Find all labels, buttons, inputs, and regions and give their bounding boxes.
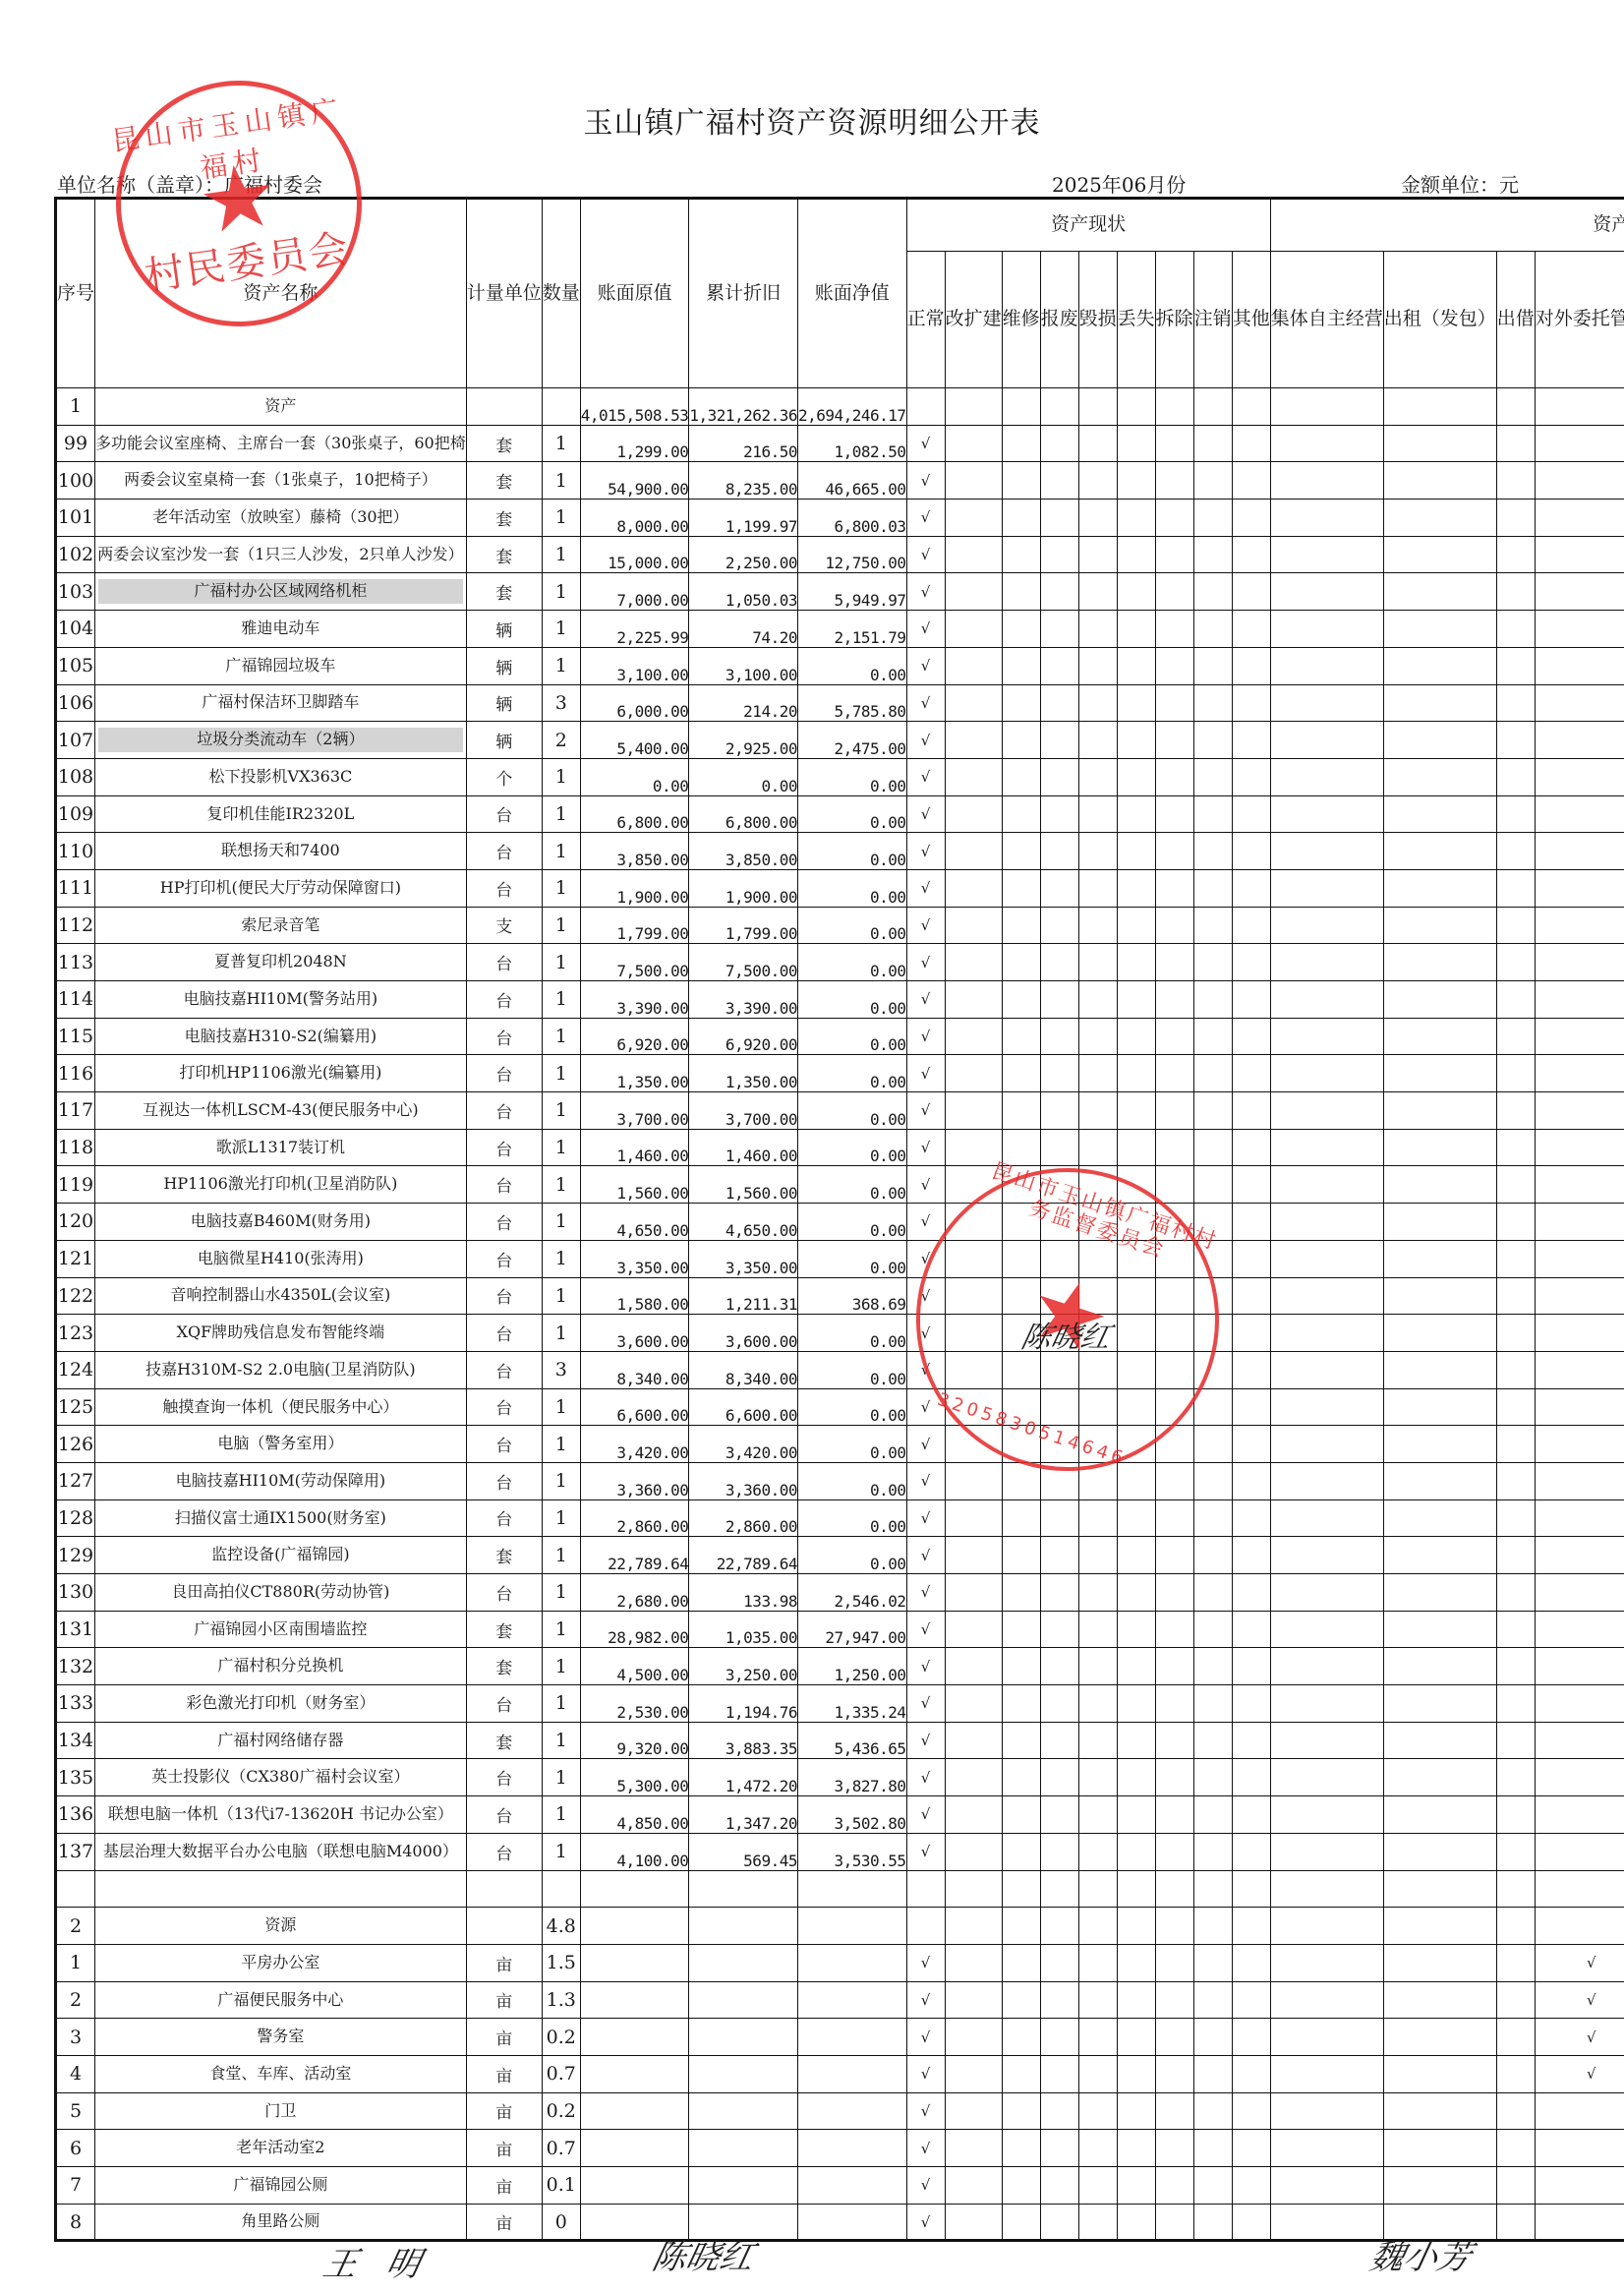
- check-status: √: [906, 907, 945, 944]
- cell-unit: 台: [466, 1240, 542, 1277]
- cell-unit: 亩: [466, 2019, 542, 2056]
- check-status: √: [906, 1388, 945, 1426]
- table-row: 122音响控制器山水4350L(会议室)台11,580.001,211.3136…: [56, 1277, 1624, 1315]
- cell-original: 8,000.00: [580, 500, 689, 537]
- check-status: [1193, 1870, 1232, 1908]
- check-status: √: [906, 1574, 945, 1612]
- check-status: [1193, 2055, 1232, 2092]
- check-usage: [1383, 1055, 1496, 1092]
- check-status: [1232, 1796, 1270, 1834]
- check-usage: [1383, 1722, 1496, 1759]
- check-usage: [1383, 1908, 1496, 1945]
- check-status: [1155, 1908, 1193, 1945]
- cell-net: 0.00: [797, 1055, 906, 1092]
- check-usage: [1270, 388, 1383, 426]
- cell-depreciation: 22,789.64: [689, 1537, 798, 1574]
- check-usage: [1535, 1277, 1624, 1315]
- check-status: [1155, 1055, 1193, 1092]
- cell-unit: [466, 1908, 542, 1945]
- check-usage: [1496, 1648, 1535, 1685]
- check-usage: [1535, 758, 1624, 795]
- check-status: [1193, 1351, 1232, 1388]
- check-status: [1040, 944, 1078, 981]
- check-usage: [1535, 1351, 1624, 1388]
- check-status: [1040, 1574, 1078, 1612]
- check-status: [1193, 795, 1232, 833]
- check-status: [1232, 1388, 1270, 1426]
- header-status-0: 正常: [906, 252, 945, 388]
- check-status: [1117, 1166, 1155, 1204]
- cell-name: 平房办公室: [95, 1944, 467, 1981]
- cell-seq: 105: [56, 647, 95, 684]
- check-status: √: [906, 1981, 945, 2019]
- cell-name: 夏普复印机2048N: [95, 944, 467, 981]
- cell-unit: 套: [466, 1611, 542, 1648]
- header-usage-2: 出借: [1496, 252, 1535, 388]
- cell-depreciation: 1,460.00: [689, 1129, 798, 1166]
- cell-seq: 110: [56, 833, 95, 870]
- check-status: [1155, 2055, 1193, 2092]
- cell-original: 5,400.00: [580, 722, 689, 759]
- cell-seq: 100: [56, 462, 95, 500]
- check-status: [1078, 1129, 1117, 1166]
- check-usage: [1383, 833, 1496, 870]
- check-usage: [1496, 388, 1535, 426]
- check-status: [945, 425, 1002, 462]
- check-status: [1040, 2130, 1078, 2167]
- check-status: [945, 1537, 1002, 1574]
- table-row: 108松下投影机VX363C个10.000.000.00√√: [56, 758, 1624, 795]
- cell-seq: 130: [56, 1574, 95, 1612]
- check-usage: [1383, 981, 1496, 1019]
- check-usage: [1535, 981, 1624, 1019]
- cell-depreciation: 74.20: [689, 611, 798, 648]
- check-status: [1193, 1722, 1232, 1759]
- cell-unit: 台: [466, 1129, 542, 1166]
- check-status: [945, 833, 1002, 870]
- check-status: [945, 1204, 1002, 1241]
- check-status: √: [906, 1092, 945, 1130]
- cell-name: 广福锦园小区南围墙监控: [95, 1611, 467, 1648]
- check-usage: [1383, 1685, 1496, 1723]
- cell-seq: 120: [56, 1204, 95, 1241]
- check-status: [1002, 1462, 1040, 1499]
- cell-unit: 亩: [466, 2055, 542, 2092]
- cell-qty: 1: [542, 500, 580, 537]
- cell-net: 5,949.97: [797, 573, 906, 611]
- check-status: [1078, 1574, 1117, 1612]
- check-status: [945, 907, 1002, 944]
- check-status: [1193, 425, 1232, 462]
- check-status: [1002, 1685, 1040, 1723]
- cell-unit: 台: [466, 1204, 542, 1241]
- check-status: [1078, 1648, 1117, 1685]
- table-row: 1平房办公室亩1.5√√: [56, 1944, 1624, 1981]
- check-usage: [1383, 1499, 1496, 1537]
- check-status: [1232, 907, 1270, 944]
- check-usage: [1383, 758, 1496, 795]
- cell-depreciation: 1,560.00: [689, 1166, 798, 1204]
- check-usage: [1270, 1833, 1383, 1870]
- check-status: [1040, 1833, 1078, 1870]
- check-status: [1193, 647, 1232, 684]
- check-status: [1002, 758, 1040, 795]
- check-usage: [1270, 2092, 1383, 2130]
- cell-name: 良田高拍仪CT880R(劳动协管): [95, 1574, 467, 1612]
- cell-depreciation: 2,860.00: [689, 1499, 798, 1537]
- cell-net: 0.00: [797, 1315, 906, 1352]
- check-status: [1155, 1981, 1193, 2019]
- check-status: [1117, 1833, 1155, 1870]
- check-status: [1117, 981, 1155, 1019]
- cell-depreciation: 7,500.00: [689, 944, 798, 981]
- check-status: [1232, 1981, 1270, 2019]
- check-status: [1002, 1908, 1040, 1945]
- check-usage: [1496, 1722, 1535, 1759]
- check-status: [1155, 1870, 1193, 1908]
- check-status: [1232, 1092, 1270, 1130]
- cell-depreciation: 3,360.00: [689, 1462, 798, 1499]
- check-status: [1193, 1759, 1232, 1796]
- cell-name: 互视达一体机LSCM-43(便民服务中心): [95, 1092, 467, 1130]
- check-status: [1193, 1240, 1232, 1277]
- check-status: [1232, 869, 1270, 907]
- cell-depreciation: 6,920.00: [689, 1018, 798, 1055]
- cell-qty: 1: [542, 1240, 580, 1277]
- check-status: [1117, 722, 1155, 759]
- check-status: [1040, 1685, 1078, 1723]
- cell-net: 3,827.80: [797, 1759, 906, 1796]
- check-status: [1078, 722, 1117, 759]
- cell-unit: 套: [466, 462, 542, 500]
- table-row: 113夏普复印机2048N台17,500.007,500.000.00√√: [56, 944, 1624, 981]
- cell-unit: 台: [466, 944, 542, 981]
- cell-original: 3,350.00: [580, 1240, 689, 1277]
- cell-unit: 台: [466, 1351, 542, 1388]
- cell-unit: 台: [466, 1277, 542, 1315]
- check-status: [1155, 2092, 1193, 2130]
- check-status: [1002, 907, 1040, 944]
- check-status: [1232, 388, 1270, 426]
- check-status: [1155, 536, 1193, 573]
- cell-seq: 122: [56, 1277, 95, 1315]
- check-usage: [1383, 611, 1496, 648]
- check-usage: [1383, 1759, 1496, 1796]
- check-status: [1155, 647, 1193, 684]
- check-usage: [1270, 795, 1383, 833]
- cell-net: 3,502.80: [797, 1796, 906, 1834]
- check-status: √: [906, 981, 945, 1019]
- check-status: [1117, 2130, 1155, 2167]
- check-usage: √: [1535, 1944, 1624, 1981]
- header-status-4: 毁损: [1078, 252, 1117, 388]
- check-usage: [1383, 1462, 1496, 1499]
- cell-net: 0.00: [797, 1537, 906, 1574]
- check-usage: [1270, 1499, 1383, 1537]
- check-usage: [1535, 647, 1624, 684]
- cell-name: 歌派L1317装订机: [95, 1129, 467, 1166]
- check-usage: [1270, 1388, 1383, 1426]
- cell-original: 3,100.00: [580, 647, 689, 684]
- check-usage: [1496, 425, 1535, 462]
- table-row: 125触摸查询一体机（便民服务中心）台16,600.006,600.000.00…: [56, 1388, 1624, 1426]
- check-status: [945, 795, 1002, 833]
- check-usage: [1270, 869, 1383, 907]
- cell-qty: 1: [542, 1388, 580, 1426]
- check-status: [1117, 536, 1155, 573]
- cell-qty: 0.2: [542, 2019, 580, 2056]
- cell-net: 2,475.00: [797, 722, 906, 759]
- check-usage: [1535, 1648, 1624, 1685]
- check-status: [1232, 425, 1270, 462]
- cell-unit: 台: [466, 1574, 542, 1612]
- cell-original: 7,000.00: [580, 573, 689, 611]
- check-status: √: [906, 684, 945, 722]
- check-status: [1002, 869, 1040, 907]
- cell-unit: 台: [466, 795, 542, 833]
- check-usage: [1496, 1204, 1535, 1241]
- check-status: √: [906, 1351, 945, 1388]
- check-status: [945, 573, 1002, 611]
- check-usage: [1496, 2019, 1535, 2056]
- check-status: [945, 758, 1002, 795]
- cell-name: HP打印机(便民大厅劳动保障窗口): [95, 869, 467, 907]
- check-status: [1155, 500, 1193, 537]
- cell-net: 0.00: [797, 1426, 906, 1463]
- cell-depreciation: [689, 2130, 798, 2167]
- check-usage: [1383, 1388, 1496, 1426]
- table-row: 115电脑技嘉H310-S2(编纂用)台16,920.006,920.000.0…: [56, 1018, 1624, 1055]
- cell-seq: 2: [56, 1981, 95, 2019]
- check-status: [1193, 2092, 1232, 2130]
- check-status: [1232, 1611, 1270, 1648]
- table-row: 128扫描仪富士通IX1500(财务室)台12,860.002,860.000.…: [56, 1499, 1624, 1537]
- check-status: [945, 981, 1002, 1019]
- check-status: [1078, 2204, 1117, 2241]
- cell-depreciation: 1,900.00: [689, 869, 798, 907]
- check-status: [1193, 1499, 1232, 1537]
- table-row: 106广福村保洁环卫脚踏车辆36,000.00214.205,785.80√√: [56, 684, 1624, 722]
- check-status: [1040, 1648, 1078, 1685]
- check-status: √: [906, 1796, 945, 1834]
- check-status: [1232, 611, 1270, 648]
- check-status: [1040, 684, 1078, 722]
- check-status: [1232, 1685, 1270, 1723]
- cell-qty: 1: [542, 1685, 580, 1723]
- check-status: [945, 1833, 1002, 1870]
- cell-net: 0.00: [797, 833, 906, 870]
- check-status: [1232, 1759, 1270, 1796]
- cell-qty: 1: [542, 907, 580, 944]
- check-status: [1193, 1426, 1232, 1463]
- check-usage: [1270, 1092, 1383, 1130]
- cell-unit: 台: [466, 981, 542, 1019]
- check-status: [1040, 1055, 1078, 1092]
- cell-qty: 1: [542, 1315, 580, 1352]
- cell-name: 老年活动室（放映室）藤椅（30把）: [95, 500, 467, 537]
- check-usage: [1383, 1796, 1496, 1834]
- check-status: [1078, 833, 1117, 870]
- cell-name: 资源: [95, 1908, 467, 1945]
- check-status: [1002, 944, 1040, 981]
- check-usage: [1496, 833, 1535, 870]
- check-status: [945, 1722, 1002, 1759]
- check-status: [1117, 462, 1155, 500]
- check-usage: [1383, 462, 1496, 500]
- check-usage: [1496, 684, 1535, 722]
- cell-name: 资产: [95, 388, 467, 426]
- check-usage: [1383, 1870, 1496, 1908]
- check-status: [1155, 388, 1193, 426]
- report-period: 2025年06月份: [1052, 169, 1186, 198]
- table-row: 99多功能会议室座椅、主席台一套（30张桌子，60把椅套11,299.00216…: [56, 425, 1624, 462]
- check-status: [1002, 2204, 1040, 2241]
- check-usage: [1270, 1426, 1383, 1463]
- check-status: √: [906, 1277, 945, 1315]
- check-status: [1117, 1537, 1155, 1574]
- check-status: [1078, 500, 1117, 537]
- check-usage: [1535, 1611, 1624, 1648]
- check-status: [1117, 1574, 1155, 1612]
- check-status: [1193, 1833, 1232, 1870]
- check-usage: [1270, 500, 1383, 537]
- table-row: 124技嘉H310M-S2 2.0电脑(卫星消防队)台38,340.008,34…: [56, 1351, 1624, 1388]
- check-status: [1040, 536, 1078, 573]
- cell-net: 12,750.00: [797, 536, 906, 573]
- check-status: [945, 1908, 1002, 1945]
- cell-name: 广福村网络储存器: [95, 1722, 467, 1759]
- cell-unit: 套: [466, 1537, 542, 1574]
- cell-seq: 131: [56, 1611, 95, 1648]
- check-usage: [1270, 1944, 1383, 1981]
- cell-qty: 1: [542, 1537, 580, 1574]
- check-status: [1155, 1833, 1193, 1870]
- cell-unit: 台: [466, 1388, 542, 1426]
- check-status: [1155, 1685, 1193, 1723]
- table-row: 133彩色激光打印机（财务室）台12,530.001,194.761,335.2…: [56, 1685, 1624, 1723]
- cell-net: [797, 2204, 906, 2241]
- cell-depreciation: 1,347.20: [689, 1796, 798, 1834]
- check-status: √: [906, 2167, 945, 2205]
- cell-depreciation: 1,050.03: [689, 573, 798, 611]
- check-status: [1002, 1351, 1040, 1388]
- cell-net: 0.00: [797, 981, 906, 1019]
- cell-net: 5,436.65: [797, 1722, 906, 1759]
- check-usage: [1535, 1870, 1624, 1908]
- cell-net: [797, 1944, 906, 1981]
- check-status: [1040, 462, 1078, 500]
- check-status: [1193, 2019, 1232, 2056]
- cell-qty: 1: [542, 462, 580, 500]
- check-usage: [1496, 1759, 1535, 1796]
- cell-original: 2,530.00: [580, 1685, 689, 1723]
- check-status: [1002, 425, 1040, 462]
- cell-net: 6,800.03: [797, 500, 906, 537]
- check-status: √: [906, 833, 945, 870]
- check-status: [1117, 1611, 1155, 1648]
- cell-qty: 0.7: [542, 2055, 580, 2092]
- check-usage: [1496, 1981, 1535, 2019]
- cell-depreciation: [689, 1870, 798, 1908]
- check-status: [1232, 833, 1270, 870]
- check-status: [1232, 1537, 1270, 1574]
- cell-original: 1,900.00: [580, 869, 689, 907]
- check-usage: [1270, 1611, 1383, 1648]
- table-row: 127电脑技嘉HI10M(劳动保障用)台13,360.003,360.000.0…: [56, 1462, 1624, 1499]
- check-status: [1155, 1277, 1193, 1315]
- check-status: [1040, 795, 1078, 833]
- cell-depreciation: 1,194.76: [689, 1685, 798, 1723]
- cell-depreciation: 2,250.00: [689, 536, 798, 573]
- check-usage: [1496, 1537, 1535, 1574]
- table-row: 112索尼录音笔支11,799.001,799.000.00√√: [56, 907, 1624, 944]
- check-status: [945, 869, 1002, 907]
- check-usage: [1535, 1204, 1624, 1241]
- cell-net: 0.00: [797, 944, 906, 981]
- cell-name: XQF牌助残信息发布智能终端: [95, 1315, 467, 1352]
- cell-original: 4,100.00: [580, 1833, 689, 1870]
- cell-name: 基层治理大数据平台办公电脑（联想电脑M4000）: [95, 1833, 467, 1870]
- cell-net: 46,665.00: [797, 462, 906, 500]
- check-usage: [1535, 1499, 1624, 1537]
- cell-net: 27,947.00: [797, 1611, 906, 1648]
- cell-depreciation: [689, 2019, 798, 2056]
- cell-name: 索尼录音笔: [95, 907, 467, 944]
- check-status: √: [906, 1722, 945, 1759]
- cell-original: 6,600.00: [580, 1388, 689, 1426]
- check-usage: [1496, 1055, 1535, 1092]
- check-usage: [1270, 536, 1383, 573]
- check-usage: [1496, 1611, 1535, 1648]
- cell-original: [580, 2130, 689, 2167]
- check-usage: [1496, 1018, 1535, 1055]
- check-status: [1040, 1537, 1078, 1574]
- check-status: [1155, 722, 1193, 759]
- cell-depreciation: [689, 1981, 798, 2019]
- cell-original: 1,580.00: [580, 1277, 689, 1315]
- check-status: [1193, 1129, 1232, 1166]
- cell-original: [580, 1944, 689, 1981]
- check-status: [1078, 1204, 1117, 1241]
- cell-seq: 127: [56, 1462, 95, 1499]
- cell-unit: 辆: [466, 684, 542, 722]
- check-status: [1117, 500, 1155, 537]
- check-status: [945, 1240, 1002, 1277]
- check-usage: [1383, 1426, 1496, 1463]
- check-usage: [1270, 684, 1383, 722]
- check-status: [1078, 1240, 1117, 1277]
- check-usage: [1383, 795, 1496, 833]
- check-usage: √: [1535, 2055, 1624, 2092]
- check-status: [1232, 1055, 1270, 1092]
- cell-depreciation: [689, 1944, 798, 1981]
- cell-name: 技嘉H310M-S2 2.0电脑(卫星消防队): [95, 1351, 467, 1388]
- check-usage: [1383, 1537, 1496, 1574]
- check-status: √: [906, 536, 945, 573]
- cell-original: 15,000.00: [580, 536, 689, 573]
- check-status: [1078, 611, 1117, 648]
- check-status: [1193, 536, 1232, 573]
- check-status: √: [906, 1462, 945, 1499]
- cell-net: 2,151.79: [797, 611, 906, 648]
- cell-original: 3,360.00: [580, 1462, 689, 1499]
- cell-seq: 133: [56, 1685, 95, 1723]
- cell-unit: 亩: [466, 2204, 542, 2241]
- cell-qty: 0.7: [542, 2130, 580, 2167]
- check-status: [1155, 1796, 1193, 1834]
- signature-1: 王明: [319, 2237, 455, 2285]
- cell-seq: 116: [56, 1055, 95, 1092]
